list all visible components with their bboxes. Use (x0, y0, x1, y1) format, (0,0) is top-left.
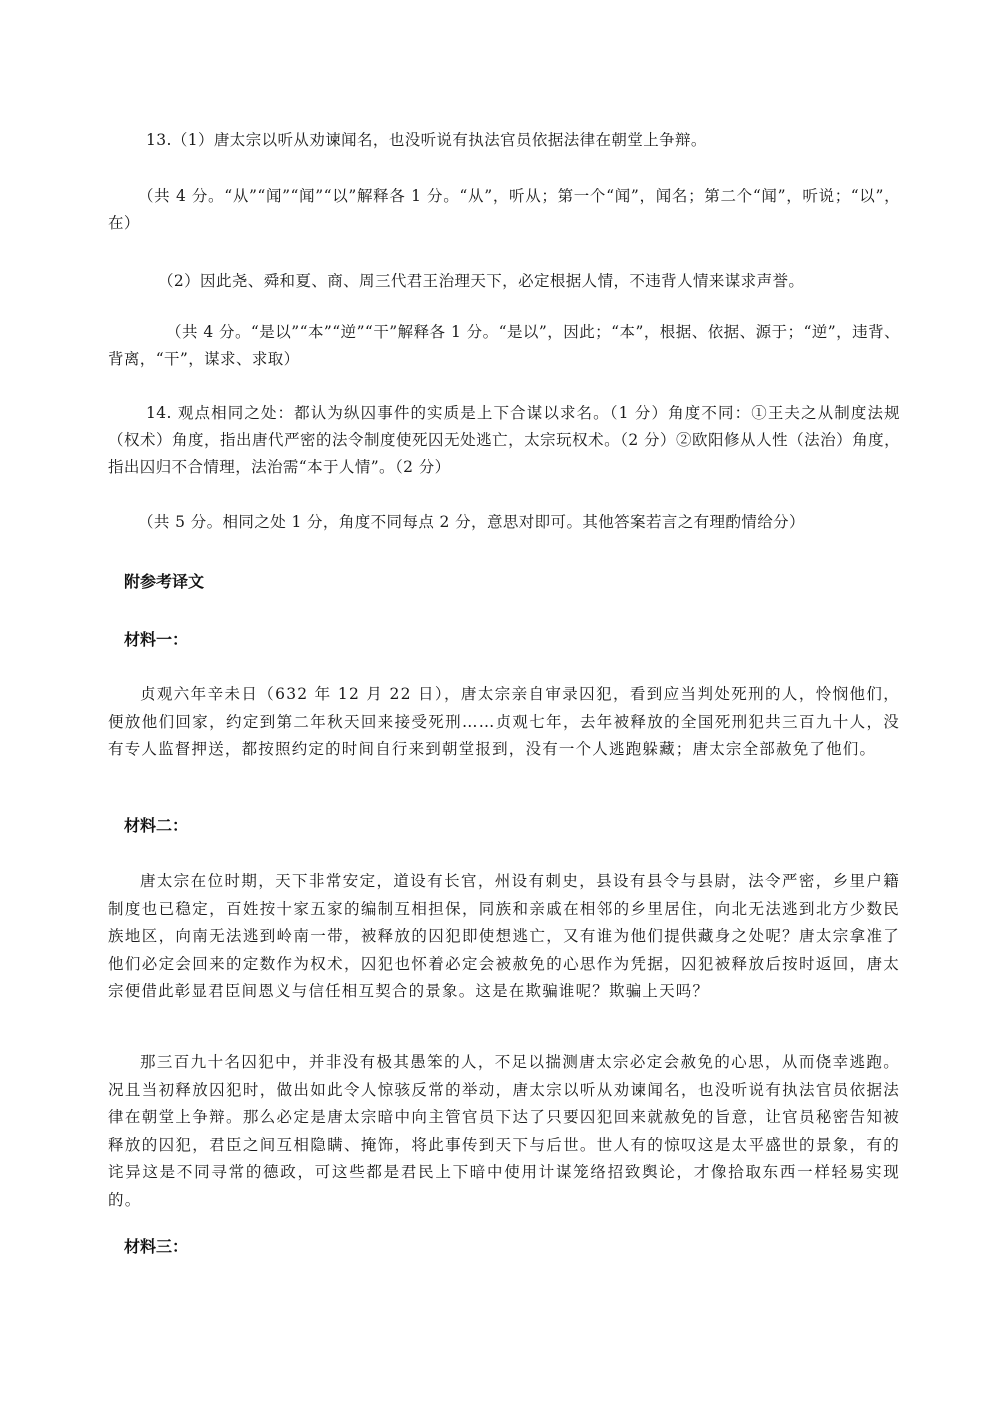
material-1-label: 材料一： (124, 629, 188, 651)
material-2-paragraph-2: 那三百九十名囚犯中，并非没有极其愚笨的人，不足以揣测唐太宗必定会赦免的心思，从而… (108, 1049, 900, 1214)
answer-13-1-scoring-note: （共 4 分。“从”“闻”“闻”“以”解释各 1 分。“从”，听从；第一个“闻”… (108, 183, 900, 237)
answer-13-2-scoring-note: （共 4 分。“是以”“本”“逆”“干”解释各 1 分。“是以”，因此；“本”，… (108, 319, 900, 373)
document-page: 13.（1）唐太宗以听从劝谏闻名，也没听说有执法官员依据法律在朝堂上争辩。 （共… (0, 0, 992, 1403)
material-3-label: 材料三： (124, 1236, 188, 1258)
material-1-paragraph: 贞观六年辛未日（632 年 12 月 22 日），唐太宗亲自审录囚犯，看到应当判… (108, 681, 900, 764)
answer-13-2: （2）因此尧、舜和夏、商、周三代君王治理天下，必定根据人情，不违背人情来谋求声誉… (108, 268, 900, 295)
answer-14-scoring-note: （共 5 分。相同之处 1 分，角度不同每点 2 分，意思对即可。其他答案若言之… (108, 509, 900, 536)
answer-14: 14. 观点相同之处：都认为纵囚事件的实质是上下合谋以求名。（1 分）角度不同：… (108, 400, 900, 481)
material-2-paragraph-1: 唐太宗在位时期，天下非常安定，道设有长官，州设有刺史，县设有县令与县尉，法令严密… (108, 868, 900, 1006)
material-2-label: 材料二： (124, 815, 188, 837)
answer-13-1: 13.（1）唐太宗以听从劝谏闻名，也没听说有执法官员依据法律在朝堂上争辩。 (108, 127, 900, 154)
appendix-title: 附参考译文 (124, 571, 204, 593)
